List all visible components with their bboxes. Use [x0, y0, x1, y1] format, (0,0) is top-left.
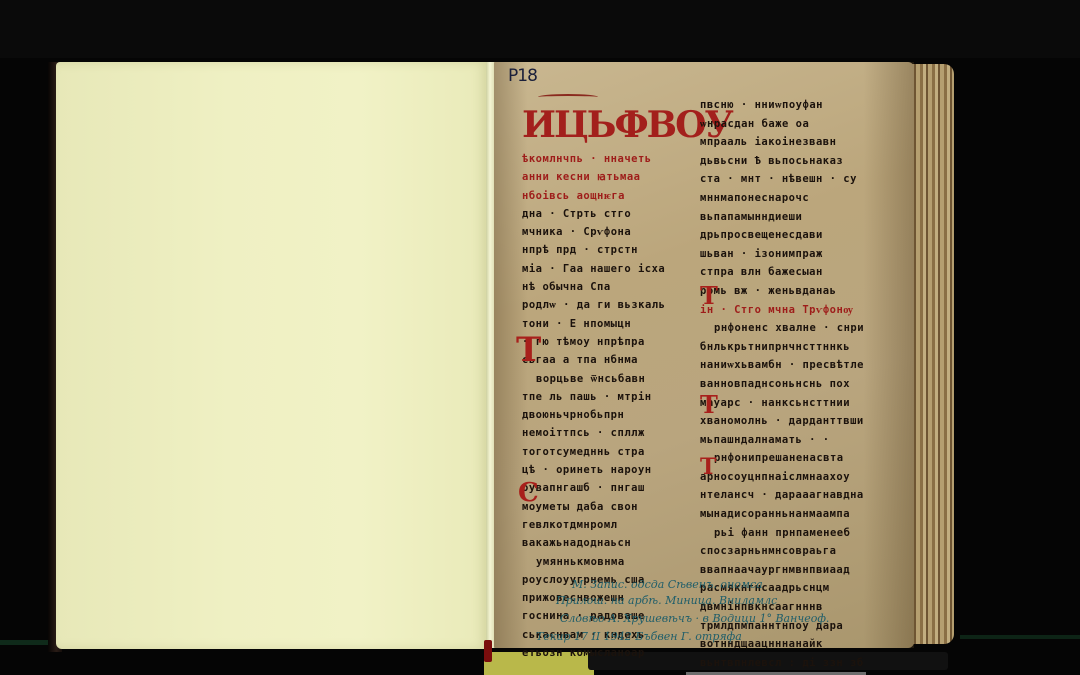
margin-annotation-line: Текир 17 II 1942 Бъбвен Г. отряфа	[536, 630, 742, 643]
manuscript-text-line: мынадисоранньнанмаампа	[700, 505, 888, 524]
manuscript-text-line: ворцьве ѿнсьбавн	[522, 370, 694, 388]
manuscript-text-line: рьі фанн прнпаменееб	[700, 524, 888, 543]
manuscript-text-line: пвсню · нниѡпоуфан	[700, 96, 888, 115]
manuscript-text-line: немоіттпсь · спллж	[522, 424, 694, 442]
manuscript-text-line: рнфоненс хвалне · снри	[700, 319, 888, 338]
manuscript-text-line: мауарс · нанксьнсттнии	[700, 394, 888, 413]
manuscript-text-line: родлѡ · да ги вьзкаль	[522, 296, 694, 314]
manuscript-text-line: рнфонипрешаненасвта	[700, 449, 888, 468]
manuscript-text-line: тоготсумедннь стра	[522, 443, 694, 461]
spine-red-band	[484, 640, 492, 662]
manuscript-text-line: нбоівсь аощнѥга	[522, 187, 694, 205]
manuscript-text-line: вьнтвпнлевсл : ді ззн зб	[700, 654, 888, 673]
manuscript-text-line: дьвьсни Ѣ вьпосьнаказ	[700, 152, 888, 171]
rubric-headpiece-title: ИЦЬФВОУ	[522, 103, 694, 147]
manuscript-text-line: ромь вж · женьвданаь	[700, 282, 888, 301]
manuscript-text-line: спосзарньнмнсовраьга	[700, 542, 888, 561]
manuscript-text-line: моуметы даба свон	[522, 498, 694, 516]
manuscript-text-line: арносоуцнпнаіслмнаахоу	[700, 468, 888, 487]
manuscript-text-line: хваномолнь · дарданттвши	[700, 412, 888, 431]
manuscript-text-line: етьозн комысланоар	[522, 644, 694, 662]
rubric-initial-t: Т	[516, 330, 541, 370]
manuscript-text-line: ванновпаднсоньнснь пох	[700, 375, 888, 394]
manuscript-text-line: дрьпросвещенесдави	[700, 226, 888, 245]
manuscript-text-line: мьпашндалнамать · ·	[700, 431, 888, 450]
manuscript-text-line: сьгаа а тпа нбнма	[522, 351, 694, 369]
headpiece-ornament	[538, 94, 598, 100]
manuscript-text-line: мннмапонеснарочс	[700, 189, 888, 208]
manuscript-text-line: анни кесни ꙗтьмаа	[522, 168, 694, 186]
manuscript-text-line: бнлькрьтнипрнчнсттннкь	[700, 338, 888, 357]
manuscript-text-line: умяннькмовнма	[522, 553, 694, 571]
manuscript-text-line: оувапнгашб · пнгаш	[522, 479, 694, 497]
manuscript-text-line: дна · Стрть стго	[522, 205, 694, 223]
manuscript-text-line: ѣкомлнчпь · нначеть	[522, 150, 694, 168]
rubric-initial-t: Т	[700, 390, 718, 419]
manuscript-photo: P18 ИЦЬФВОУ ѣкомлнчпь · нначетьанни кесн…	[0, 0, 1080, 675]
blank-left-page	[56, 62, 488, 649]
manuscript-text-line: шьван · ізонимпраж	[700, 245, 888, 264]
manuscript-text-line: ста · мнт · нѣвешн · су	[700, 170, 888, 189]
manuscript-text-line: ін · Стго мчна Трѵфонѹ	[700, 301, 888, 320]
manuscript-text-line: вакажьнадоднаьсн	[522, 534, 694, 552]
background-top	[0, 0, 1080, 58]
rubric-initial-t: Т	[700, 281, 718, 310]
manuscript-text-line: гевлкотдмнромл	[522, 516, 694, 534]
manuscript-text-line: · гю тѣмоу нпрѣпра	[522, 333, 694, 351]
manuscript-text-line: мчника · Срѵфона	[522, 223, 694, 241]
manuscript-text-line: тпе ль пашь · мтрін	[522, 388, 694, 406]
manuscript-text-line: нтелансч · дарааагнавдна	[700, 486, 888, 505]
manuscript-text-line: двоюньчрнобьпрн	[522, 406, 694, 424]
rubric-initial-t: Т	[700, 454, 716, 480]
margin-annotation-line: Прилош. на арбѣ. Миница. Вниламлс	[556, 594, 777, 607]
manuscript-text-line: тони · Е нпомыцн	[522, 315, 694, 333]
folio-number: P18	[508, 66, 537, 86]
manuscript-text-line: цѣ · оринеть нароун	[522, 461, 694, 479]
page-fore-edge	[908, 64, 954, 644]
manuscript-text-line: міа · Гаа нашего ісха	[522, 260, 694, 278]
manuscript-text-line: стпра влн бажесыан	[700, 263, 888, 282]
manuscript-text-line: ввапнаачаургнмвнпвиаад	[700, 561, 888, 580]
manuscript-text-line: ѡнрасдан баже оа	[700, 115, 888, 134]
background-green-edge-right	[960, 635, 1080, 639]
manuscript-text-line: наниѡхьвамбн · пресвѣтле	[700, 356, 888, 375]
manuscript-text-line: вьпапамынндиеши	[700, 208, 888, 227]
manuscript-text-line: нѣ обычна Спа	[522, 278, 694, 296]
rubric-initial-s: С	[518, 478, 539, 508]
margin-annotation-line: М. Запис. одсда Сѣвенъ. ономса	[572, 578, 763, 591]
manuscript-text-line: мпрааль іакоінезвавн	[700, 133, 888, 152]
manuscript-text-line: нпрѣ прд · стрстн	[522, 241, 694, 259]
margin-annotation-line: Словѣо А. Хрушевѣчъ · в Водици 1° Ванчео…	[560, 612, 829, 625]
